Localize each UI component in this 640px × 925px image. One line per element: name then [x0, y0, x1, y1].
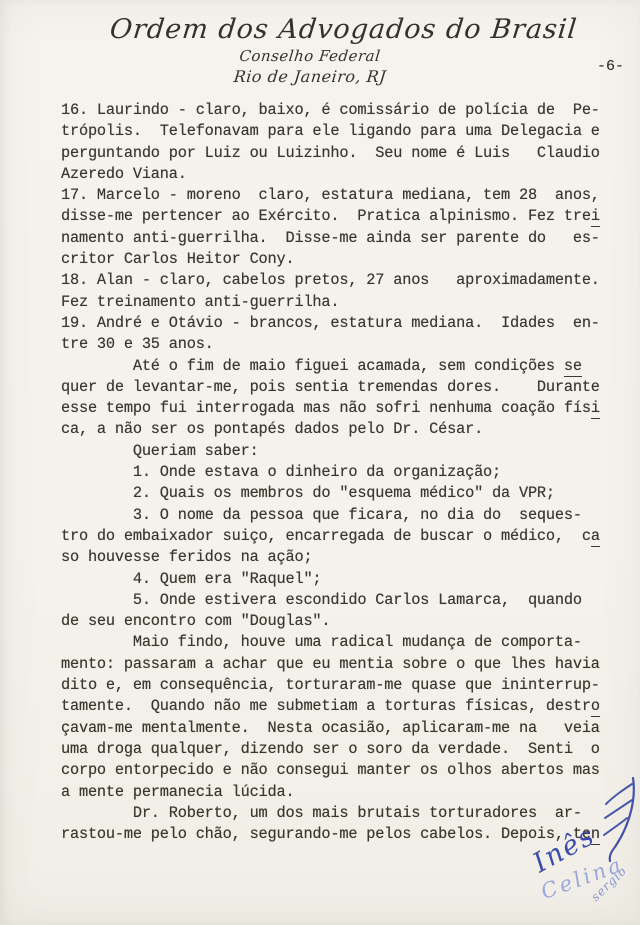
scanned-document-page: Ordem dos Advogados do Brasil Conselho F… — [0, 0, 640, 925]
document-line: 4. Quem era "Raquel"; — [61, 569, 621, 590]
document-line: 3. O nome da pessoa que ficara, no dia d… — [61, 505, 621, 526]
document-line: 2. Quais os membros do "esquema médico" … — [61, 483, 621, 504]
document-line: Até o fim de maio figuei acamada, sem co… — [61, 356, 621, 377]
document-line: namento anti-guerrilha. Disse-me ainda s… — [61, 228, 621, 249]
letterhead: Ordem dos Advogados do Brasil Conselho F… — [110, 14, 510, 86]
document-line: Queriam saber: — [61, 441, 621, 462]
document-line: Dr. Roberto, um dos mais brutais tortura… — [61, 803, 621, 824]
document-line: tre 30 e 35 anos. — [61, 334, 621, 355]
document-line: esse tempo fui interrogada mas não sofri… — [61, 398, 621, 419]
document-line: 5. Onde estivera escondido Carlos Lamarc… — [61, 590, 621, 611]
document-line: 17. Marcelo - moreno claro, estatura med… — [61, 185, 621, 206]
document-line: trópolis. Telefonavam para ele ligando p… — [61, 121, 621, 142]
document-line: tro do embaixador suiço, encarregada de … — [61, 526, 621, 547]
document-line: so houvesse feridos na ação; — [61, 547, 621, 568]
document-line: çavam-me mentalmente. Nesta ocasião, apl… — [61, 718, 621, 739]
document-line: quer de levantar-me, pois sentia tremend… — [61, 377, 621, 398]
page-number: -6- — [597, 58, 624, 75]
document-line: 1. Onde estava o dinheiro da organização… — [61, 462, 621, 483]
document-line: disse-me pertencer ao Exército. Pratica … — [61, 206, 621, 227]
document-line: a mente permanecia lúcida. — [61, 782, 621, 803]
document-line: rastou-me pelo chão, segurando-me pelos … — [61, 824, 621, 845]
document-line: ca, a não ser os pontapés dados pelo Dr.… — [61, 419, 621, 440]
document-line: tamente. Quando não me submetiam a tortu… — [61, 696, 621, 717]
document-line: critor Carlos Heitor Cony. — [61, 249, 621, 270]
document-line: Maio findo, houve uma radical mudança de… — [61, 632, 621, 653]
document-line: Fez treinamento anti-guerrilha. — [61, 292, 621, 313]
document-line: corpo entorpecido e não consegui manter … — [61, 760, 621, 781]
letterhead-org-name: Ordem dos Advogados do Brasil — [108, 14, 511, 45]
document-line: uma droga qualquer, dizendo ser o soro d… — [61, 739, 621, 760]
document-line: 19. André e Otávio - brancos, estatura m… — [61, 313, 621, 334]
document-lines: 16. Laurindo - claro, baixo, é comissári… — [61, 100, 621, 845]
letterhead-location: Rio de Janeiro, RJ — [109, 67, 511, 86]
document-line: dito e, em consequência, torturaram-me q… — [61, 675, 621, 696]
document-line: 18. Alan - claro, cabelos pretos, 27 ano… — [61, 270, 621, 291]
document-line: mento: passaram a achar que eu mentia so… — [61, 654, 621, 675]
letterhead-division: Conselho Federal — [109, 47, 511, 65]
document-line: Azeredo Viana. — [61, 164, 621, 185]
document-line: 16. Laurindo - claro, baixo, é comissári… — [61, 100, 621, 121]
document-line: de seu encontro com "Douglas". — [61, 611, 621, 632]
document-line: perguntando por Luiz ou Luizinho. Seu no… — [61, 143, 621, 164]
